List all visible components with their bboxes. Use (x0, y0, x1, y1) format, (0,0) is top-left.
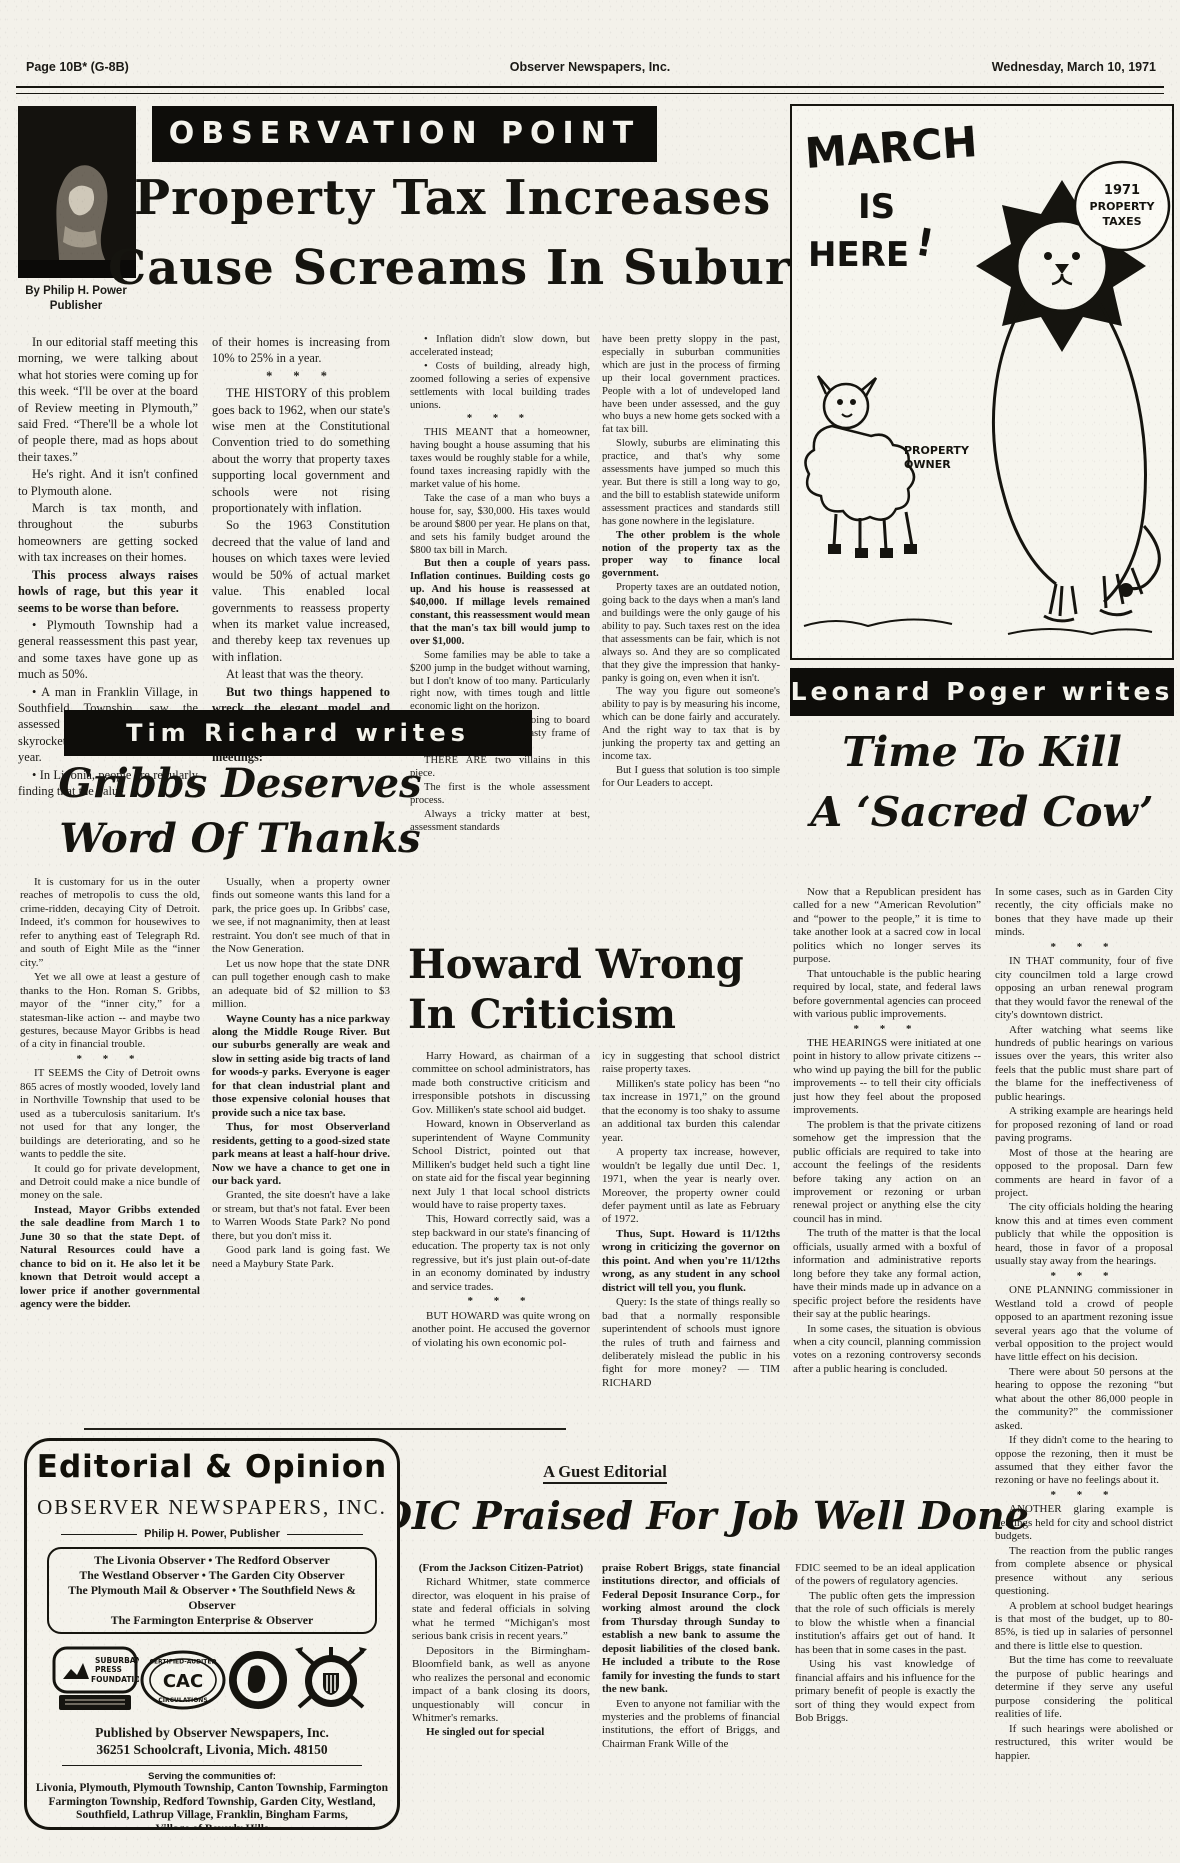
masthead-rule (62, 1765, 362, 1766)
paragraph: Yet we all owe at least a gesture of tha… (20, 971, 200, 1052)
paragraph: The other problem is the whole notion of… (602, 530, 780, 582)
paragraph: The reaction from the public ranges from… (995, 1545, 1173, 1599)
paragraph: Query: Is the state of things really so … (602, 1296, 780, 1390)
tax-sign-year: 1971 (1104, 183, 1140, 198)
article-column: It is customary for us in the outer reac… (20, 876, 200, 1426)
poger-headline: Time To Kill A ‘Sacred Cow’ (795, 722, 1169, 842)
paragraph: It is customary for us in the outer reac… (20, 876, 200, 970)
editorial-cartoon: MARCH IS HERE ! 1971 PROPERTY TAXES (790, 104, 1174, 660)
masthead-published: Published by Observer Newspapers, Inc. 3… (27, 1724, 397, 1758)
main-headline-line1: Property Tax Increases (134, 170, 771, 226)
paragraph: * * * (412, 1295, 590, 1308)
paragraph: Property taxes are an outdated notion, g… (602, 582, 780, 685)
masthead-serving-label: Serving the communities of: (27, 1771, 397, 1782)
paragraph: It could go for private development, and… (20, 1163, 200, 1203)
paragraph: • Costs of building, already high, zoome… (410, 361, 590, 413)
tax-sign-property: PROPERTY (1090, 200, 1156, 213)
paragraph: Some families may be able to take a $200… (410, 650, 590, 715)
svg-text:CERTIFIED-AUDITED: CERTIFIED-AUDITED (150, 1659, 217, 1666)
article-column: have been pretty sloppy in the past, esp… (602, 334, 780, 936)
published-line1: Published by Observer Newspapers, Inc. (27, 1724, 397, 1741)
paragraph: BUT HOWARD was quite wrong on another po… (412, 1310, 590, 1350)
cartoon-caption-march: MARCH (803, 117, 979, 178)
cartoon-caption-here: HERE (808, 235, 909, 275)
paragraph: • Plymouth Township had a general reasse… (18, 617, 198, 683)
article-column: FDIC seemed to be an ideal application o… (795, 1562, 975, 1860)
cac-certified-circulations-seal-icon: CERTIFIED-AUDITED CAC CIRCULATIONS (139, 1649, 227, 1711)
paragraph: Using his vast knowledge of financial af… (795, 1658, 975, 1725)
paragraph: The Livonia Observer • The Redford Obser… (53, 1553, 371, 1568)
poger-headline-line1: Time To Kill (795, 722, 1169, 782)
poger-headline-line2: A ‘Sacred Cow’ (795, 782, 1169, 842)
rule-right (287, 1534, 363, 1535)
paragraph: The problem is that the private citizens… (793, 1119, 981, 1227)
header-rule (16, 86, 1164, 94)
howard-headline-line2: In Criticism (408, 990, 868, 1040)
svg-text:PRESS: PRESS (95, 1665, 122, 1674)
masthead-papers-box: The Livonia Observer • The Redford Obser… (47, 1547, 377, 1634)
paragraph: (From the Jackson Citizen-Patriot) (412, 1562, 590, 1575)
masthead-seals-row: SUBURBAN PRESS FOUNDATION CERTIFIED-AUDI… (51, 1644, 373, 1716)
paragraph: icy in suggesting that school district r… (602, 1050, 780, 1077)
paragraph: have been pretty sloppy in the past, esp… (602, 334, 780, 437)
paragraph: Thus, for most Observerland residents, g… (212, 1121, 390, 1188)
paragraph: But the time has come to reevaluate the … (995, 1654, 1173, 1721)
observation-point-banner: OBSERVATION POINT (152, 106, 657, 162)
cartoon-drawing: MARCH IS HERE ! 1971 PROPERTY TAXES (792, 106, 1172, 658)
article-column: Harry Howard, as chairman of a committee… (412, 1050, 590, 1450)
fdic-headline: FDIC Praised For Job Well Done (352, 1492, 972, 1540)
paragraph: Even to anyone not familiar with the mys… (602, 1698, 780, 1752)
article-column: In some cases, such as in Garden City re… (995, 886, 1173, 1858)
article-column: Usually, when a property owner finds out… (212, 876, 390, 1458)
paragraph: But I guess that solution is too simple … (602, 765, 780, 791)
paragraph: Granted, the site doesn't have a lake or… (212, 1189, 390, 1243)
paragraph: Thus, Supt. Howard is 11/12ths wrong in … (602, 1228, 780, 1295)
section-divider-rule (84, 1428, 566, 1430)
paragraph: The city officials holding the hearing k… (995, 1201, 1173, 1268)
masthead-publisher-row: Philip H. Power, Publisher (61, 1528, 363, 1540)
ground-line (804, 619, 1152, 634)
paragraph: THE HISTORY of this problem goes back to… (212, 385, 390, 516)
paragraph: FDIC seemed to be an ideal application o… (795, 1562, 975, 1589)
paragraph: Instead, Mayor Gribbs extended the sale … (20, 1204, 200, 1312)
paragraph: Wayne County has a nice parkway along th… (212, 1013, 390, 1121)
folio-date: Wednesday, March 10, 1971 (992, 60, 1156, 74)
masthead-company: OBSERVER NEWSPAPERS, INC. (27, 1495, 397, 1520)
article-column: icy in suggesting that school district r… (602, 1050, 780, 1450)
poger-banner: Leonard Poger writes (790, 668, 1174, 716)
paragraph: The public often gets the impression tha… (795, 1590, 975, 1657)
guest-editorial-kicker: A Guest Editorial (498, 1462, 712, 1482)
paragraph: The truth of the matter is that the loca… (793, 1227, 981, 1321)
article-column: praise Robert Briggs, state financial in… (602, 1562, 780, 1860)
paragraph: ONE PLANNING commissioner in Westland to… (995, 1284, 1173, 1365)
paragraph: Farmington Township, Redford Township, G… (27, 1796, 397, 1810)
paragraph: IT SEEMS the City of Detroit owns 865 ac… (20, 1067, 200, 1161)
paragraph: This, Howard correctly said, was a step … (412, 1213, 590, 1294)
paragraph: A striking example are hearings held for… (995, 1105, 1173, 1145)
lamb-label-property: PROPERTY (904, 444, 970, 457)
suburban-press-foundation-seal-icon: SUBURBAN PRESS FOUNDATION (51, 1645, 139, 1715)
paragraph: A property tax increase, however, wouldn… (602, 1146, 780, 1227)
paragraph: So the 1963 Constitution decreed that th… (212, 517, 390, 665)
paragraph: There were about 50 persons at the heari… (995, 1366, 1173, 1433)
rule-left (61, 1534, 137, 1535)
paragraph: * * * (20, 1053, 200, 1066)
editorial-opinion-box: Editorial & Opinion OBSERVER NEWSPAPERS,… (24, 1438, 400, 1830)
paragraph: If they didn't come to the hearing to op… (995, 1434, 1173, 1488)
paragraph: If such hearings were abolished or restr… (995, 1723, 1173, 1763)
paragraph: The way you figure out someone's ability… (602, 686, 780, 763)
newspaper-page: Page 10B* (G-8B) Observer Newspapers, In… (0, 0, 1180, 1863)
paragraph: After watching what seems like hundreds … (995, 1024, 1173, 1105)
paragraph: But then a couple of years pass. Inflati… (410, 558, 590, 648)
article-column: (From the Jackson Citizen-Patriot)Richar… (412, 1562, 590, 1860)
paragraph: Depositors in the Birmingham-Bloomfield … (412, 1645, 590, 1726)
masthead-publisher: Philip H. Power, Publisher (144, 1528, 280, 1540)
paragraph: A problem at school budget hearings is t… (995, 1600, 1173, 1654)
paragraph: Good park land is going fast. We need a … (212, 1244, 390, 1271)
svg-text:CAC: CAC (163, 1671, 203, 1692)
paragraph: Milliken's state policy has been “no tax… (602, 1078, 780, 1145)
paragraph: praise Robert Briggs, state financial in… (602, 1562, 780, 1697)
masthead-communities: Livonia, Plymouth, Plymouth Township, Ca… (27, 1782, 397, 1830)
paragraph: The Westland Observer • The Garden City … (53, 1568, 371, 1583)
paragraph: At least that was the theory. (212, 666, 390, 682)
svg-text:FOUNDATION: FOUNDATION (91, 1675, 139, 1684)
paragraph: In our editorial staff meeting this morn… (18, 334, 198, 465)
paragraph: Richard Whitmer, state commerce director… (412, 1576, 590, 1643)
paragraph: • Inflation didn't slow down, but accele… (410, 334, 590, 360)
national-press-seal-icon (289, 1645, 373, 1715)
paragraph: Southfield, Lathrup Village, Franklin, B… (27, 1809, 397, 1823)
paragraph: He singled out for special (412, 1726, 590, 1739)
gribbs-headline-line2: Word Of Thanks (28, 811, 452, 866)
paragraph: Take the case of a man who buys a house … (410, 493, 590, 558)
press-association-seal-icon (227, 1649, 289, 1711)
editorial-opinion-title: Editorial & Opinion (27, 1449, 397, 1485)
paragraph: He's right. And it isn't confined to Ply… (18, 466, 198, 499)
cartoon-caption-is: IS (858, 187, 895, 227)
paragraph: * * * (995, 1270, 1173, 1283)
lamb-figure (805, 376, 917, 558)
byline-title: Publisher (14, 299, 138, 314)
paragraph: Livonia, Plymouth, Plymouth Township, Ca… (27, 1782, 397, 1796)
paragraph: Let us now hope that the state DNR can p… (212, 958, 390, 1012)
tax-sign-taxes: TAXES (1102, 215, 1141, 228)
paragraph: This process always raises howls of rage… (18, 567, 198, 616)
paragraph: In some cases, the situation is obvious … (793, 1323, 981, 1377)
paragraph: THE HEARINGS were initiated at one point… (793, 1037, 981, 1118)
gribbs-headline: Gribbs Deserves Word Of Thanks (28, 756, 452, 866)
paragraph: THIS MEANT that a homeowner, having boug… (410, 427, 590, 492)
published-line2: 36251 Schoolcraft, Livonia, Mich. 48150 (27, 1741, 397, 1758)
paragraph: IN THAT community, four of five city cou… (995, 955, 1173, 1022)
howard-headline: Howard Wrong In Criticism (408, 940, 868, 1040)
paragraph: Village of Beverly Hills (27, 1823, 397, 1831)
paragraph: Howard, known in Observerland as superin… (412, 1118, 590, 1212)
paragraph: In some cases, such as in Garden City re… (995, 886, 1173, 940)
svg-text:CIRCULATIONS: CIRCULATIONS (158, 1697, 207, 1704)
paragraph: March is tax month, and throughout the s… (18, 500, 198, 566)
main-headline-line2: Cause Screams In Suburbs (108, 240, 854, 296)
paragraph: The Farmington Enterprise & Observer (53, 1613, 371, 1628)
paragraph: The Plymouth Mail & Observer • The South… (53, 1583, 371, 1613)
paragraph: * * * (410, 413, 590, 426)
howard-headline-line1: Howard Wrong (408, 940, 868, 990)
richard-banner: Tim Richard writes (64, 710, 532, 756)
paragraph: Harry Howard, as chairman of a committee… (412, 1050, 590, 1117)
paragraph: Slowly, suburbs are eliminating this pra… (602, 438, 780, 528)
cartoon-caption-bang: ! (912, 220, 937, 266)
gribbs-headline-line1: Gribbs Deserves (28, 756, 452, 811)
paragraph: * * * (995, 941, 1173, 954)
paragraph: * * * (212, 368, 390, 384)
svg-text:SUBURBAN: SUBURBAN (95, 1656, 139, 1665)
paragraph: Usually, when a property owner finds out… (212, 876, 390, 957)
paragraph: Most of those at the hearing are opposed… (995, 1147, 1173, 1201)
paragraph: of their homes is increasing from 10% to… (212, 334, 390, 367)
lamb-label-owner: OWNER (904, 458, 951, 471)
